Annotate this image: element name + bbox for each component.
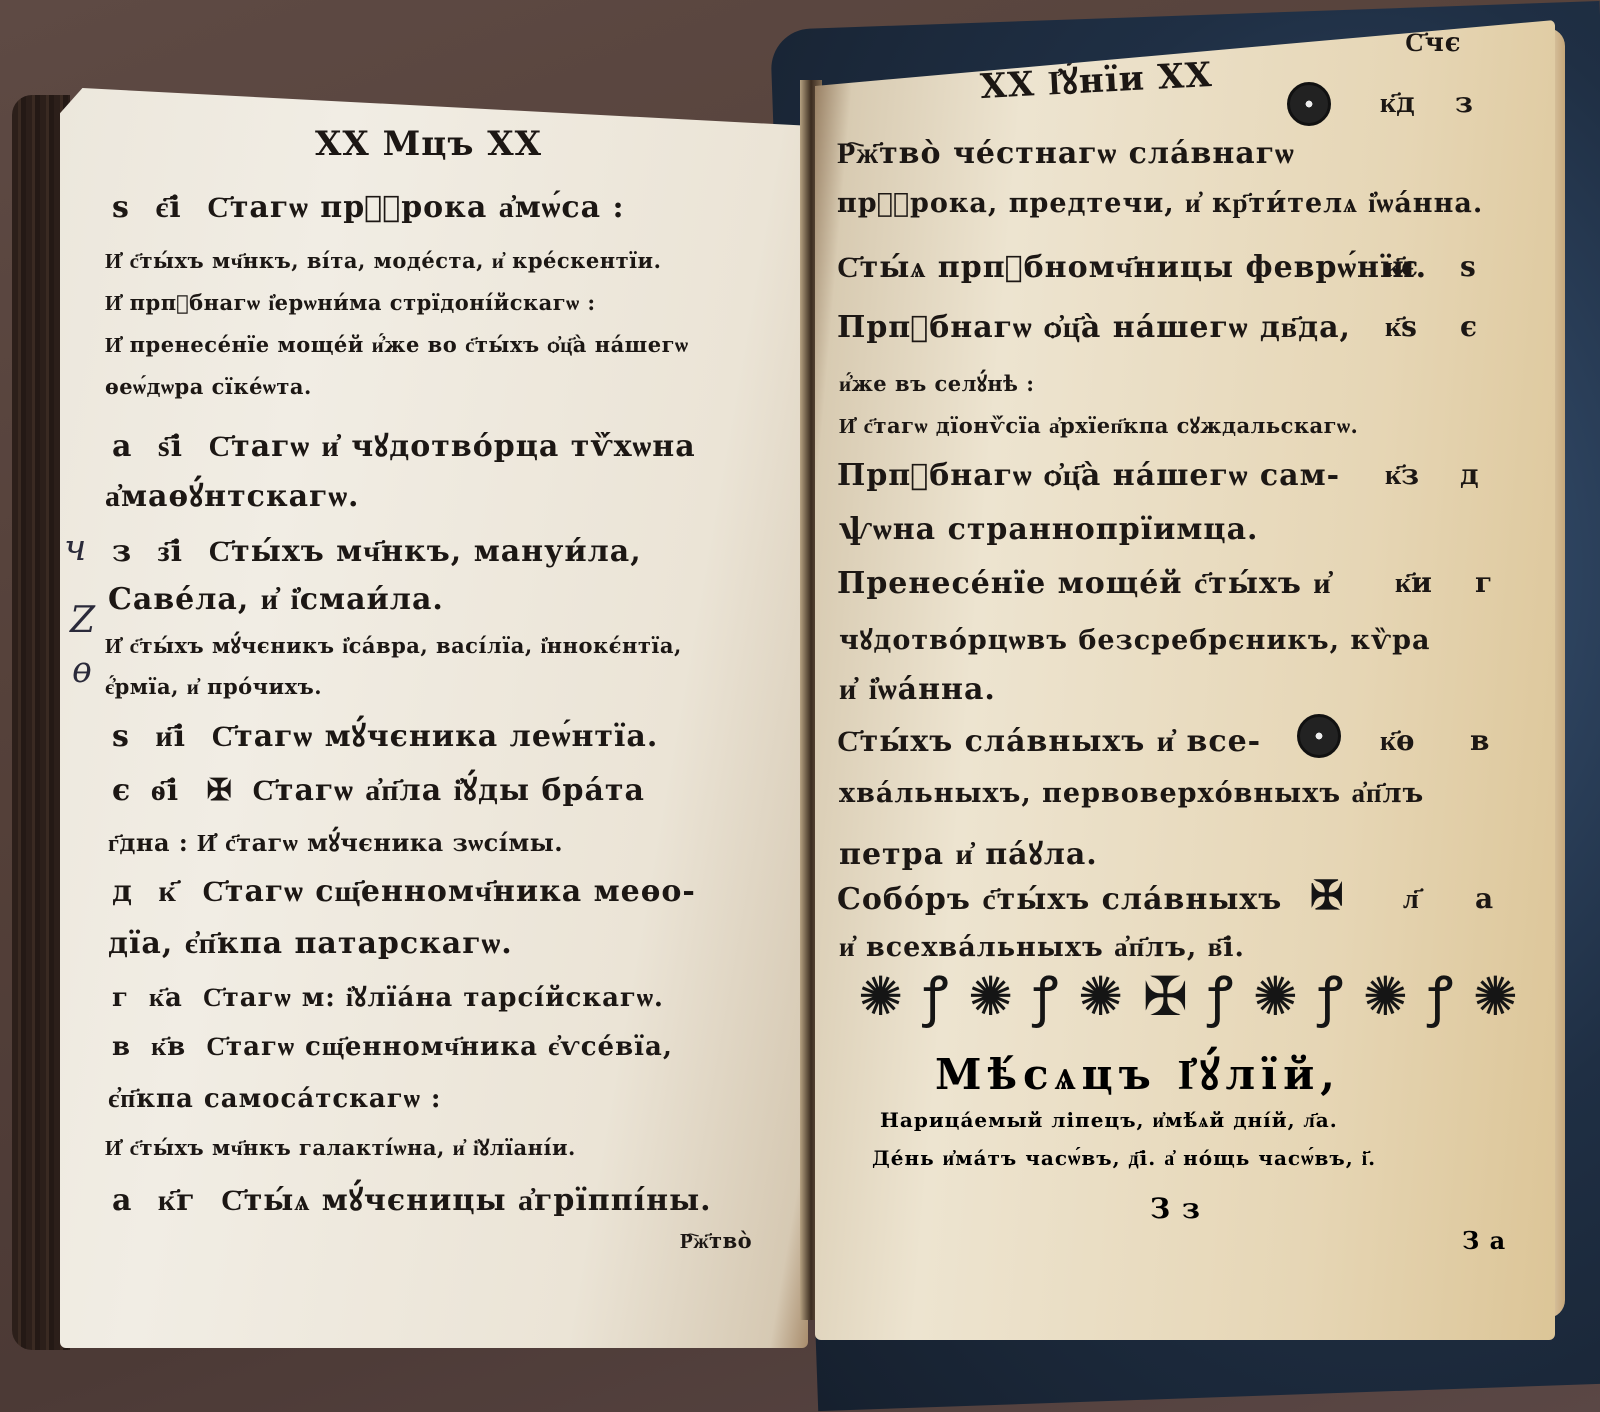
entry-line: г к҃а С҃тагѡ м: і҆ꙋлїа́на тарсі́йскагѡ.	[112, 978, 664, 1014]
weekday-letter: є	[1460, 310, 1477, 343]
entry-line: Пренесе́нїе моще́й с҃ты́хъ и҆	[837, 566, 1332, 601]
day-number: з҃і	[158, 534, 183, 569]
entry-line: петра и҆ па́ꙋла.	[839, 832, 1098, 873]
entry-line: є҆́рмїа, и҆ про́чихъ.	[105, 674, 322, 700]
entry-text: С҃тагѡ а҆п҃ла і҆ꙋ́ды бра́та	[252, 773, 645, 808]
ornament-flower-icon: ✺	[1473, 967, 1518, 1027]
ornament-cross-icon: ✠	[1143, 967, 1188, 1027]
day-number: л҃	[1403, 882, 1419, 916]
ornament-flower-icon: ✺	[1363, 967, 1408, 1027]
weekday-letter: ѕ	[112, 190, 130, 225]
margin-note: Z	[70, 600, 95, 641]
entry-line: И҆ прпⷣбнагѡ і҆ерѡни́ма стрїдоні́йскагѡ …	[105, 290, 596, 316]
rosette-icon	[1287, 82, 1331, 130]
entry-text: С҃тагѡ и҆ чꙋдотво́рца тѷ́хѡна	[208, 429, 695, 464]
weekday-letter: а	[1475, 882, 1493, 915]
month-description-1: Нарица́емый ліпецъ, и҆мѣ́ѧй дні́й, л҃а.	[880, 1108, 1338, 1133]
month-description-2: Де́нь и҆ма́тъ часѡ́въ, д҃і. а҆ но́щь час…	[872, 1146, 1376, 1171]
left-running-head: ХХ Мцъ ХХ	[315, 124, 542, 164]
day-number: к҃з	[1385, 458, 1419, 492]
ornament-scroll-icon: ꝭ	[1208, 967, 1234, 1027]
entry-text: С҃тагѡ сщ҃енномч҃ника є҆ѵсе́вїа,	[206, 1032, 673, 1062]
weekday-letter: в	[1470, 724, 1489, 757]
weekday-letter: г	[1475, 566, 1492, 599]
entry-line: дїа, є҆п҃кпа патарскагѡ.	[108, 926, 513, 961]
day-number: к҃ѳ	[1380, 724, 1414, 758]
entry-text: С҃тагѡ сщ҃енномч҃ника меѳо-	[202, 874, 696, 909]
entry-line: а к҃г С҃ты́ѧ мꙋ́чєницы а҆грїппі́ны.	[112, 1178, 712, 1219]
entry-line: И҆ с҃ты́хъ мч҃нкъ, ві́та, моде́ста, и҆ к…	[105, 248, 661, 274]
weekday-letter: д	[1460, 458, 1479, 491]
weekday-letter: г	[112, 983, 129, 1013]
left-page: ХХ Мцъ ХХ ѕ є҃і С҃тагѡ прⷪ҇рока а҆мѡ́са …	[60, 88, 808, 1348]
entry-line: прⷪ҇рока, предтечи, и҆ кр҃ти́телѧ і҆ѡа́н…	[837, 188, 1483, 219]
month-title: Мѣ́сѧцъ І҆ꙋ́лїй,	[935, 1045, 1341, 1102]
entry-line: Саве́ла, и҆ і҆смаи́ла.	[108, 582, 444, 617]
entry-line: И҆ с҃ты́хъ мꙋ́чєникъ і҆са́вра, васі́лїа,…	[105, 632, 682, 660]
signature-mark: З з	[1150, 1192, 1201, 1225]
day-number: є҃і	[155, 190, 181, 225]
entry-line: хва́льныхъ, первоверхо́вныхъ а҆п҃лъ	[839, 778, 1424, 809]
entry-text: С҃ты́хъ мч҃нкъ, мануи́ла,	[209, 534, 642, 569]
weekday-letter: ѕ	[1460, 250, 1476, 283]
entry-line: Р҇ж҃тво̀ че́стнагѡ сла́внагѡ	[837, 136, 1295, 171]
weekday-letter: з	[112, 534, 132, 569]
entry-line: ѱѡна страннопрїимца.	[839, 512, 1258, 547]
margin-note: ч	[64, 528, 86, 569]
day-number: к҃	[158, 874, 176, 909]
weekday-letter: д	[112, 874, 133, 909]
entry-line: є ѳ҃і ✠ С҃тагѡ а҆п҃ла і҆ꙋ́ды бра́та	[112, 768, 645, 809]
entry-line: и҆́же въ селꙋ́нѣ :	[839, 370, 1035, 398]
entry-line: є҆п҃кпа самоса́тскагѡ :	[108, 1084, 441, 1114]
weekday-letter: ѕ	[112, 719, 130, 754]
entry-line: С҃ты́ѧ прпⷣбномч҃ницы феврѡ́нїи.	[837, 250, 1427, 285]
entry-line: з з҃і С҃ты́хъ мч҃нкъ, мануи́ла,	[112, 534, 642, 569]
day-number: ѳ҃і	[151, 773, 179, 808]
entry-line: И҆ с҃тагѡ дїонѷ́сїа а҆рхїеп҃кпа сꙋждальс…	[839, 412, 1358, 440]
catchword: Р҇ж҃тво̀	[680, 1228, 752, 1254]
weekday-letter: а	[112, 1183, 132, 1218]
entry-line: д к҃ С҃тагѡ сщ҃енномч҃ника меѳо-	[112, 874, 696, 909]
feast-cross-icon: ✠	[207, 773, 233, 808]
entry-text: С҃ты́ѧ мꙋ́чєницы а҆грїппі́ны.	[221, 1183, 712, 1218]
weekday-letter: а	[112, 429, 132, 464]
day-number: к҃в	[151, 1032, 186, 1062]
day-number: к҃а	[149, 983, 183, 1013]
entry-line: И҆ с҃ты́хъ мч҃нкъ галакті́ѡна, и҆ і҆ꙋлїа…	[105, 1134, 576, 1162]
ornament-scroll-icon: ꝭ	[1428, 967, 1454, 1027]
entry-line: чꙋдотво́рцѡвъ безсребрєникъ, кѷра	[839, 620, 1430, 657]
ornament-band: ✺ ꝭ ✺ ꝭ ✺ ✠ ꝭ ✺ ꝭ ✺ ꝭ ✺	[858, 962, 1518, 1032]
ornament-scroll-icon: ꝭ	[1318, 967, 1344, 1027]
entry-text: С҃тагѡ мꙋ́чєника леѡ́нтїа.	[211, 719, 658, 754]
weekday-letter: є	[112, 773, 131, 808]
day-number: ѕ҃і	[158, 429, 183, 464]
ornament-flower-icon: ✺	[858, 967, 903, 1027]
day-number: к҃є	[1385, 250, 1418, 284]
ornament-flower-icon: ✺	[1253, 967, 1298, 1027]
entry-line: Собо́ръ с҃ты́хъ сла́вныхъ	[837, 882, 1282, 917]
entry-line: в к҃в С҃тагѡ сщ҃енномч҃ника є҆ѵсе́вїа,	[112, 1032, 673, 1062]
ornament-flower-icon: ✺	[968, 967, 1013, 1027]
day-number: к҃и	[1395, 566, 1432, 600]
day-number: к҃д	[1380, 86, 1415, 120]
catchword: З а	[1462, 1226, 1506, 1255]
entry-line: ѳеѡ́дѡра сїке́ѡта.	[105, 374, 312, 400]
entry-line: а҆маѳꙋ́нтскагѡ.	[105, 474, 359, 515]
entry-text: С҃тагѡ прⷪ҇рока а҆мѡ́са :	[207, 190, 624, 225]
ornament-scroll-icon: ꝭ	[1033, 967, 1059, 1027]
entry-line: и҆ і҆ѡа́нна.	[839, 672, 996, 707]
rosette-icon	[1297, 714, 1341, 762]
entry-line: И҆ пренесе́нїе моще́й и҆́же во с҃ты́хъ ѻ…	[105, 332, 688, 358]
entry-line: и҆ всехва́льныхъ а҆п҃лъ, в҃і.	[839, 932, 1245, 963]
day-number: и҃і	[155, 719, 186, 754]
entry-text: С҃тагѡ м: і҆ꙋлїа́на тарсі́йскагѡ.	[203, 983, 664, 1013]
entry-line: ѕ и҃і С҃тагѡ мꙋ́чєника леѡ́нтїа.	[112, 714, 658, 755]
entry-line: С҃ты́хъ сла́вныхъ и҆ все-	[837, 724, 1261, 759]
feast-cross-icon: ✠	[1310, 872, 1344, 919]
ornament-scroll-icon: ꝭ	[923, 967, 949, 1027]
entry-line: ѕ є҃і С҃тагѡ прⷪ҇рока а҆мѡ́са :	[112, 190, 625, 225]
entry-line: Прпⷣбнагѡ ѻ҆ц҃а̀ на́шегѡ сам-	[837, 458, 1340, 493]
right-page: ХХ І҆ꙋ́нїи ХХ С҃чє к҃д з Р҇ж҃тво̀ че́стн…	[815, 20, 1555, 1340]
weekday-letter: з	[1455, 86, 1473, 119]
day-number: к҃г	[158, 1183, 196, 1218]
day-number: к҃ѕ	[1385, 310, 1417, 344]
weekday-letter: в	[112, 1032, 131, 1062]
margin-note: ѳ	[72, 650, 92, 691]
entry-line: г҃дна : И҆ с҃тагѡ мꙋ́чєника зѡсі́мы.	[108, 826, 563, 859]
entry-line: Прпⷣбнагѡ ѻ҆ц҃а̀ на́шегѡ дв҃да,	[837, 310, 1351, 345]
ornament-flower-icon: ✺	[1078, 967, 1123, 1027]
entry-line: а ѕ҃і С҃тагѡ и҆ чꙋдотво́рца тѷ́хѡна	[112, 424, 696, 465]
